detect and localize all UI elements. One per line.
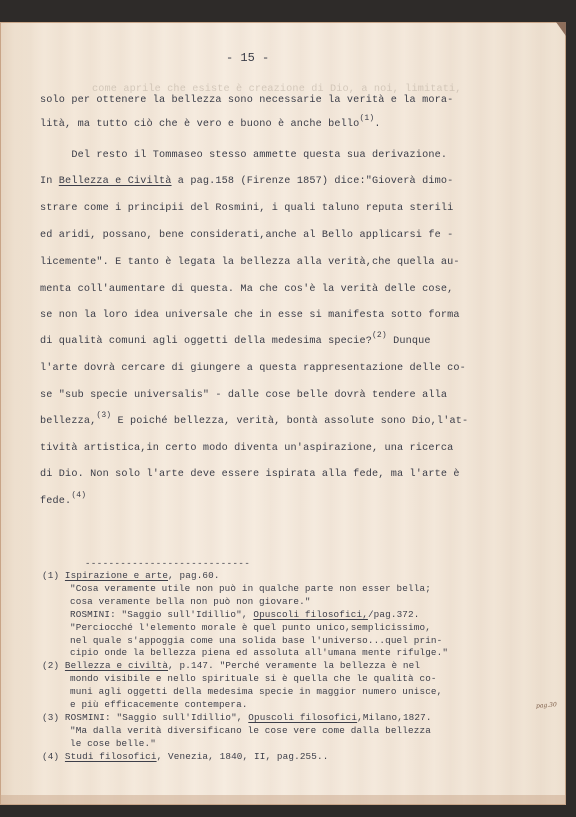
line-text: l'arte dovrà cercare di giungere a quest… [40,363,466,374]
footnote-text: "Cosa veramente utile non può in qualche… [70,583,431,594]
footnote-line: nel quale s'appoggia come una solida bas… [70,635,442,646]
footnote-number: (2) [42,660,59,671]
folded-corner [556,22,566,36]
line-text: fede. [40,496,71,507]
footnote-text: ROSMINI: "Saggio sull'Idillio", [65,712,248,723]
line-text: E poiché bellezza, verità, bontà assolut… [111,416,468,427]
footnote-line: (4) Studi filosofici, Venezia, 1840, II,… [42,751,328,762]
line-text: Del resto il Tommaseo stesso ammette que… [40,150,447,161]
footnote-line: ROSMINI: "Saggio sull'Idillio", Opuscoli… [70,609,420,620]
footnote-text: cosa veramente bella non può non giovare… [70,596,311,607]
body-line: menta coll'aumentare di questa. Ma che c… [40,284,453,295]
line-text: licemente". E tanto è legata la bellezza… [40,257,460,268]
line-text: tività artistica,in certo modo diventa u… [40,443,453,454]
line-text: se "sub specie universalis" - dalle cose… [40,390,447,401]
line-text: . [374,119,380,130]
footnote-text: "Ma dalla verità diversificano le cose v… [70,725,431,736]
bleed-through-text: come aprile che esiste è creazione di Di… [92,84,462,95]
body-line: lità, ma tutto ciò che è vero e buono è … [40,119,381,130]
footnote-marker: (2) [372,331,387,340]
underlined-title: Opuscoli filosofici [248,712,357,723]
footnote-line: "Ma dalla verità diversificano le cose v… [70,725,431,736]
body-line: solo per ottenere la bellezza sono neces… [40,95,453,106]
body-line: l'arte dovrà cercare di giungere a quest… [40,363,466,374]
footnote-marker: (4) [71,491,86,500]
footnote-line: e più efficacemente contempera. [70,699,248,710]
line-text: In [40,176,59,187]
underlined-title: Studi filosofici [65,751,157,762]
footnote-line: (1) Ispirazione e arte, pag.60. [42,570,220,581]
footnote-text: , Venezia, 1840, II, pag.255.. [157,751,329,762]
footnote-marker: (1) [359,114,374,123]
underlined-title: Bellezza e civiltà [65,660,168,671]
line-text: di qualità comuni agli oggetti della med… [40,336,372,347]
footnote-line: mondo visibile e nello spirituale si è q… [70,673,437,684]
body-line: In Bellezza e Civiltà a pag.158 (Firenze… [40,176,453,187]
footnote-line: le cose belle." [70,738,156,749]
footnote-text: cipio onde la bellezza piena ed assoluta… [70,647,448,658]
line-text: solo per ottenere la bellezza sono neces… [40,95,453,106]
underlined-title: Ispirazione e arte [65,570,168,581]
body-line: tività artistica,in certo modo diventa u… [40,443,453,454]
footnote-text: ,Milano,1827. [357,712,431,723]
body-line: licemente". E tanto è legata la bellezza… [40,257,460,268]
page-number: - 15 - [226,51,269,65]
footnote-text: mondo visibile e nello spirituale si è q… [70,673,437,684]
body-line: se "sub specie universalis" - dalle cose… [40,390,447,401]
line-text: a pag.158 (Firenze 1857) dice:"Gioverà d… [172,176,454,187]
footnote-text: ROSMINI: "Saggio sull'Idillio", [70,609,253,620]
line-text: di Dio. Non solo l'arte deve essere ispi… [40,469,460,480]
footnote-line: muni agli oggetti della medesima specie … [70,686,442,697]
body-line: Del resto il Tommaseo stesso ammette que… [40,150,447,161]
body-line: fede.(4) [40,496,86,507]
footnote-marker: (3) [96,411,111,420]
body-line: di qualità comuni agli oggetti della med… [40,336,431,347]
body-line: se non la loro idea universale che in es… [40,310,460,321]
footnote-line: cosa veramente bella non può non giovare… [70,596,311,607]
footnote-line: "Cosa veramente utile non può in qualche… [70,583,431,594]
footnote-text: e più efficacemente contempera. [70,699,248,710]
footnote-text: /pag.372. [368,609,420,620]
line-text: Dunque [387,336,431,347]
footnote-text: nel quale s'appoggia come una solida bas… [70,635,442,646]
footnote-line: "Perciocché l'elemento morale è quel pun… [70,622,431,633]
footnote-text: , pag.60. [168,570,220,581]
line-text: menta coll'aumentare di questa. Ma che c… [40,284,453,295]
footnote-separator: ---------------------------- [85,559,250,569]
footnote-number: (3) [42,712,59,723]
body-line: ed aridi, possano, bene considerati,anch… [40,230,453,241]
underlined-title: Bellezza e Civiltà [59,176,172,187]
line-text: lità, ma tutto ciò che è vero e buono è … [40,119,359,130]
footnote-line: cipio onde la bellezza piena ed assoluta… [70,647,448,658]
line-text: ed aridi, possano, bene considerati,anch… [40,230,453,241]
body-line: di Dio. Non solo l'arte deve essere ispi… [40,469,460,480]
underlined-title: Opuscoli filosofici, [253,609,368,620]
footnote-number: (1) [42,570,59,581]
footnote-text: muni agli oggetti della medesima specie … [70,686,442,697]
body-line: strare come i principii del Rosmini, i q… [40,203,453,214]
footnote-text: le cose belle." [70,738,156,749]
body-line: bellezza,(3) E poiché bellezza, verità, … [40,416,468,427]
footnote-line: (3) ROSMINI: "Saggio sull'Idillio", Opus… [42,712,432,723]
footnote-text: , p.147. "Perché veramente la bellezza è… [168,660,420,671]
document-page: - 15 - come aprile che esiste è creazion… [0,22,566,805]
footnote-number: (4) [42,751,59,762]
footnote-text: "Perciocché l'elemento morale è quel pun… [70,622,431,633]
line-text: se non la loro idea universale che in es… [40,310,460,321]
line-text: strare come i principii del Rosmini, i q… [40,203,453,214]
footnote-line: (2) Bellezza e civiltà, p.147. "Perché v… [42,660,420,671]
handwritten-margin-note: pag.30 [536,701,557,709]
line-text: bellezza, [40,416,96,427]
